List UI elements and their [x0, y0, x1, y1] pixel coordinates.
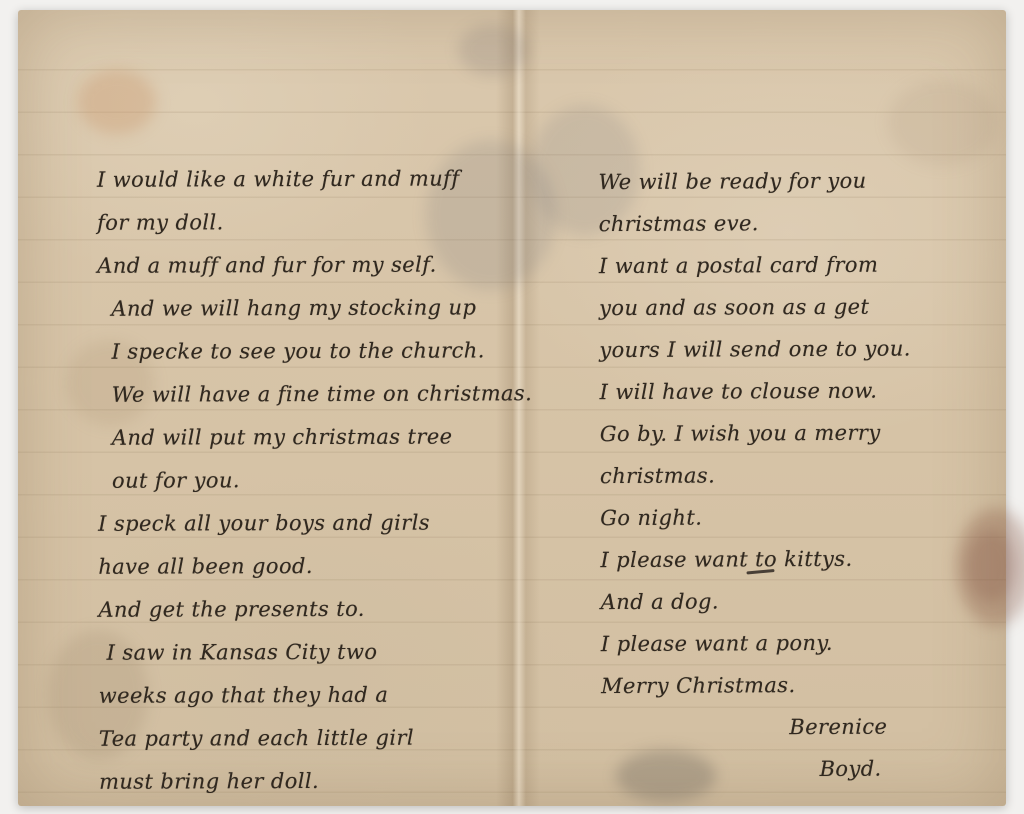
- signature-line: Boyd.: [601, 747, 1021, 791]
- letter-line: I please want a pony.: [601, 621, 1021, 665]
- letter-line: And a dog.: [601, 579, 1021, 623]
- letter-line: I would like a white fur and muff: [97, 157, 529, 202]
- letter-line: yours I will send one to you.: [599, 327, 1019, 371]
- letter-line: christmas eve.: [599, 201, 1019, 245]
- letter-line: christmas.: [600, 453, 1020, 497]
- letter-line: you and as soon as a get: [599, 285, 1019, 329]
- letter-line: Merry Christmas.: [601, 663, 1021, 707]
- letter-line: have all been good.: [98, 544, 530, 589]
- letter-line: I specke to see you to the church.: [97, 329, 529, 374]
- letter-line: for my doll.: [97, 200, 529, 245]
- letter-page-left: I would like a white fur and muff for my…: [97, 157, 531, 804]
- paper-stain: [78, 70, 156, 134]
- letter-line: Go night.: [600, 495, 1020, 539]
- letter-page-right: We will be ready for you christmas eve. …: [598, 159, 1021, 791]
- letter-paper: I would like a white fur and muff for my…: [18, 10, 1006, 806]
- paper-stain: [888, 80, 998, 166]
- letter-line: We will have a fine time on christmas.: [98, 372, 530, 417]
- letter-line: I want a postal card from: [599, 243, 1019, 287]
- letter-line: Go by. I wish you a merry: [600, 411, 1020, 455]
- letter-line: I will have to clouse now.: [599, 369, 1019, 413]
- paper-smudge: [458, 24, 528, 76]
- letter-line: And get the presents to.: [98, 587, 530, 632]
- signature-line: Berenice: [601, 705, 1021, 749]
- letter-line: weeks ago that they had a: [99, 673, 531, 718]
- letter-line: I saw in Kansas City two: [99, 630, 531, 675]
- letter-line: must bring her doll.: [99, 759, 531, 804]
- letter-line: I please want to kittys.: [600, 537, 1020, 581]
- letter-line: I speck all your boys and girls: [98, 501, 530, 546]
- letter-line: And a muff and fur for my self.: [97, 243, 529, 288]
- letter-line: Tea party and each little girl: [99, 716, 531, 761]
- letter-line: out for you.: [98, 458, 530, 503]
- letter-line: And we will hang my stocking up: [97, 286, 529, 331]
- letter-line: We will be ready for you: [598, 159, 1018, 203]
- letter-line: And will put my christmas tree: [98, 415, 530, 460]
